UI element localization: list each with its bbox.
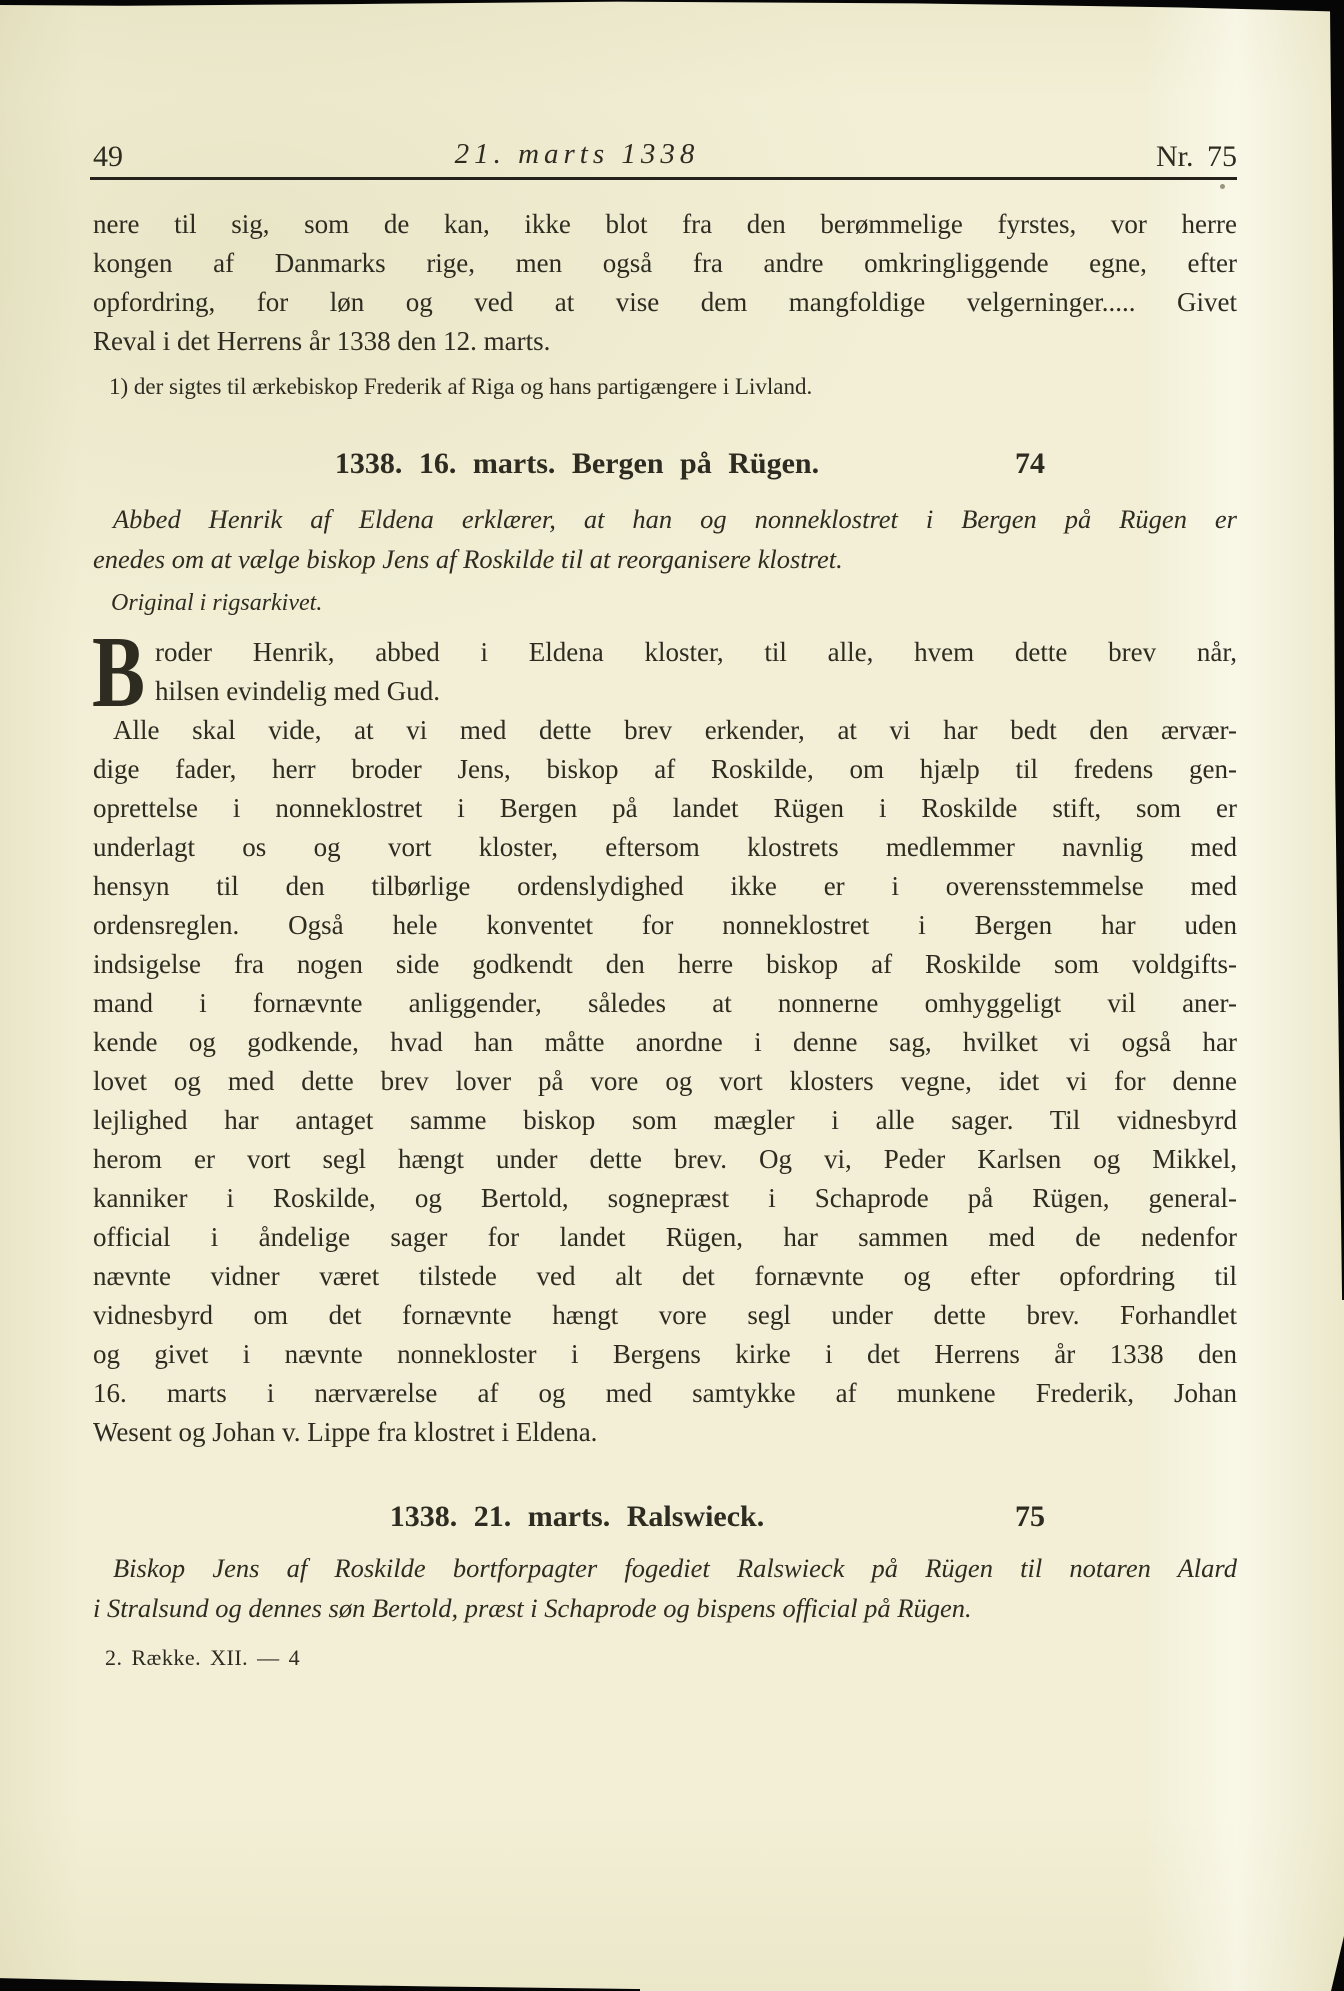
text-line: Reval i det Herrens år 1338 den 12. mart… bbox=[93, 322, 1237, 361]
entry-75-summary: Biskop Jens af Roskilde bortforpagter fo… bbox=[93, 1548, 1237, 1628]
text-line: og givet i nævnte nonnekloster i Bergens… bbox=[93, 1335, 1237, 1374]
text-line: Abbed Henrik af Eldena erklærer, at han … bbox=[93, 499, 1237, 539]
intro-paragraph: nere til sig, som de kan, ikke blot fra … bbox=[93, 205, 1237, 361]
running-date: 21. marts 1338 bbox=[5, 138, 1149, 171]
entry-75-heading-row: 1338. 21. marts. Ralswieck. 75 bbox=[93, 1500, 1237, 1534]
entry-74-number: 74 bbox=[1015, 447, 1045, 481]
text-line: lejlighed har antaget samme biskop som m… bbox=[93, 1101, 1237, 1140]
text-line: underlagt os og vort kloster, eftersom k… bbox=[93, 828, 1237, 867]
text-line: indsigelse fra nogen side godkendt den h… bbox=[93, 945, 1237, 984]
text-line: Alle skal vide, at vi med dette brev erk… bbox=[93, 711, 1237, 750]
text-line: enedes om at vælge biskop Jens af Roskil… bbox=[93, 539, 1237, 579]
text-line: dige fader, herr broder Jens, biskop af … bbox=[93, 750, 1237, 789]
source-note: Original i rigsarkivet. bbox=[93, 588, 1237, 618]
entry-74-heading-row: 1338. 16. marts. Bergen på Rügen. 74 bbox=[93, 447, 1237, 481]
entry-74-heading: 1338. 16. marts. Bergen på Rügen. bbox=[335, 447, 819, 481]
scan-edge-top bbox=[0, 0, 1344, 12]
entry-74-summary: Abbed Henrik af Eldena erklærer, at han … bbox=[93, 499, 1237, 579]
letter-body: Alle skal vide, at vi med dette brev erk… bbox=[93, 711, 1237, 1452]
series-signature: 2. Række. XII. — 4 bbox=[93, 1638, 1237, 1677]
entry-75-heading: 1338. 21. marts. Ralswieck. bbox=[390, 1500, 764, 1534]
text-line: kongen af Danmarks rige, men også fra an… bbox=[93, 244, 1237, 283]
footnote: 1) der sigtes til ærkebiskop Frederik af… bbox=[93, 372, 1237, 402]
text-line: hensyn til den tilbørlige ordenslydighed… bbox=[93, 867, 1237, 906]
text-line: opfordring, for løn og ved at vise dem m… bbox=[93, 283, 1237, 322]
running-number: Nr. 75 bbox=[1156, 140, 1237, 174]
entry-75-number: 75 bbox=[1015, 1500, 1045, 1534]
scanned-book-page: 49 21. marts 1338 Nr. 75 nere til sig, s… bbox=[0, 0, 1344, 1991]
text-line: hilsen evindelig med Gud. bbox=[93, 672, 1237, 711]
text-line: lovet og med dette brev lover på vore og… bbox=[93, 1062, 1237, 1101]
text-line: kanniker i Roskilde, og Bertold, sognepr… bbox=[93, 1179, 1237, 1218]
paper-speck bbox=[1220, 184, 1225, 189]
scan-edge-right-corner bbox=[1331, 1936, 1344, 1991]
text-line: official i åndelige sager for landet Rüg… bbox=[93, 1218, 1237, 1257]
text-line: nere til sig, som de kan, ikke blot fra … bbox=[93, 205, 1237, 244]
header-rule bbox=[90, 177, 1237, 180]
scan-edge-right bbox=[1328, 0, 1344, 1300]
text-line: mand i fornævnte anliggender, således at… bbox=[93, 984, 1237, 1023]
text-line: nævnte vidner været tilstede ved alt det… bbox=[93, 1257, 1237, 1296]
text-line: 16. marts i nærværelse af og med samtykk… bbox=[93, 1374, 1237, 1413]
text-line: roder Henrik, abbed i Eldena kloster, ti… bbox=[93, 633, 1237, 672]
text-line: ordensreglen. Også hele konventet for no… bbox=[93, 906, 1237, 945]
text-line: Biskop Jens af Roskilde bortforpagter fo… bbox=[93, 1548, 1237, 1588]
text-line: i Stralsund og dennes søn Bertold, præst… bbox=[93, 1588, 1237, 1628]
running-header: 49 21. marts 1338 Nr. 75 bbox=[93, 138, 1237, 176]
text-line: vidnesbyrd om det fornævnte hængt vore s… bbox=[93, 1296, 1237, 1335]
scan-edge-bottom bbox=[0, 1977, 640, 1991]
text-line: Wesent og Johan v. Lippe fra klostret i … bbox=[93, 1413, 1237, 1452]
text-line: kende og godkende, hvad han måtte anordn… bbox=[93, 1023, 1237, 1062]
letter-salutation: roder Henrik, abbed i Eldena kloster, ti… bbox=[93, 633, 1237, 711]
text-line: herom er vort segl hængt under dette bre… bbox=[93, 1140, 1237, 1179]
text-line: oprettelse i nonneklostret i Bergen på l… bbox=[93, 789, 1237, 828]
